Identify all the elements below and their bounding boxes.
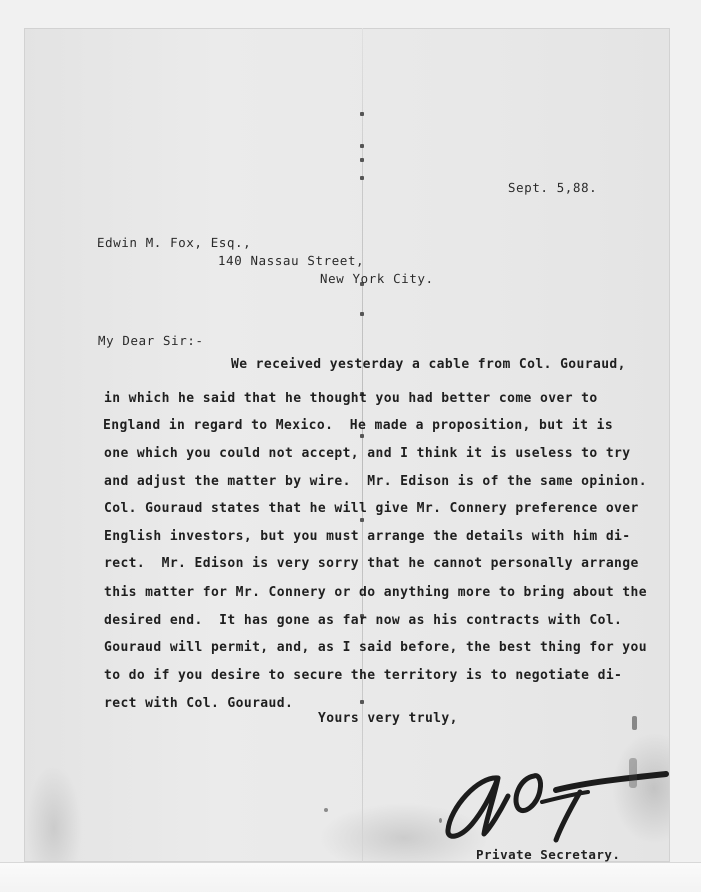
body-line: to do if you desire to secure the territ…: [104, 668, 622, 683]
body-line: desired end. It has gone as far now as h…: [104, 613, 622, 628]
recipient-street: 140 Nassau Street,: [218, 253, 365, 268]
fold-mark: [360, 434, 364, 438]
fold-mark: [360, 700, 364, 704]
fold-mark: [360, 158, 364, 162]
ink-smudge: [629, 758, 637, 788]
handwritten-signature: [438, 768, 678, 848]
letter-page: Sept. 5,88. Edwin M. Fox, Esq., 140 Nass…: [24, 28, 670, 862]
recipient-name: Edwin M. Fox, Esq.,: [97, 235, 252, 250]
recipient-city: New York City.: [320, 271, 434, 286]
body-line: in which he said that he thought you had…: [104, 391, 598, 406]
body-line: rect. Mr. Edison is very sorry that he c…: [104, 556, 639, 571]
body-line: and adjust the matter by wire. Mr. Ediso…: [104, 474, 647, 489]
letter-date: Sept. 5,88.: [508, 180, 598, 195]
body-line: English investors, but you must arrange …: [104, 529, 631, 544]
fold-mark: [360, 312, 364, 316]
closing: Yours very truly,: [318, 711, 458, 726]
body-line: England in regard to Mexico. He made a p…: [103, 418, 613, 433]
fold-mark: [360, 518, 364, 522]
ink-smudge: [632, 716, 637, 730]
body-line: Gouraud will permit, and, as I said befo…: [104, 640, 647, 655]
body-line: Col. Gouraud states that he will give Mr…: [104, 501, 639, 516]
salutation: My Dear Sir:-: [98, 333, 204, 348]
signer-title: Private Secretary.: [476, 847, 620, 862]
fold-crease: [362, 28, 363, 862]
ink-speck: [439, 818, 442, 823]
body-line: We received yesterday a cable from Col. …: [231, 357, 626, 372]
fold-mark: [360, 176, 364, 180]
scan-background: [0, 862, 701, 892]
ink-speck: [324, 808, 328, 812]
fold-mark: [360, 144, 364, 148]
body-line: this matter for Mr. Connery or do anythi…: [104, 585, 647, 600]
body-line: one which you could not accept, and I th…: [104, 446, 631, 461]
body-line: rect with Col. Gouraud.: [104, 696, 293, 711]
fold-mark: [360, 112, 364, 116]
